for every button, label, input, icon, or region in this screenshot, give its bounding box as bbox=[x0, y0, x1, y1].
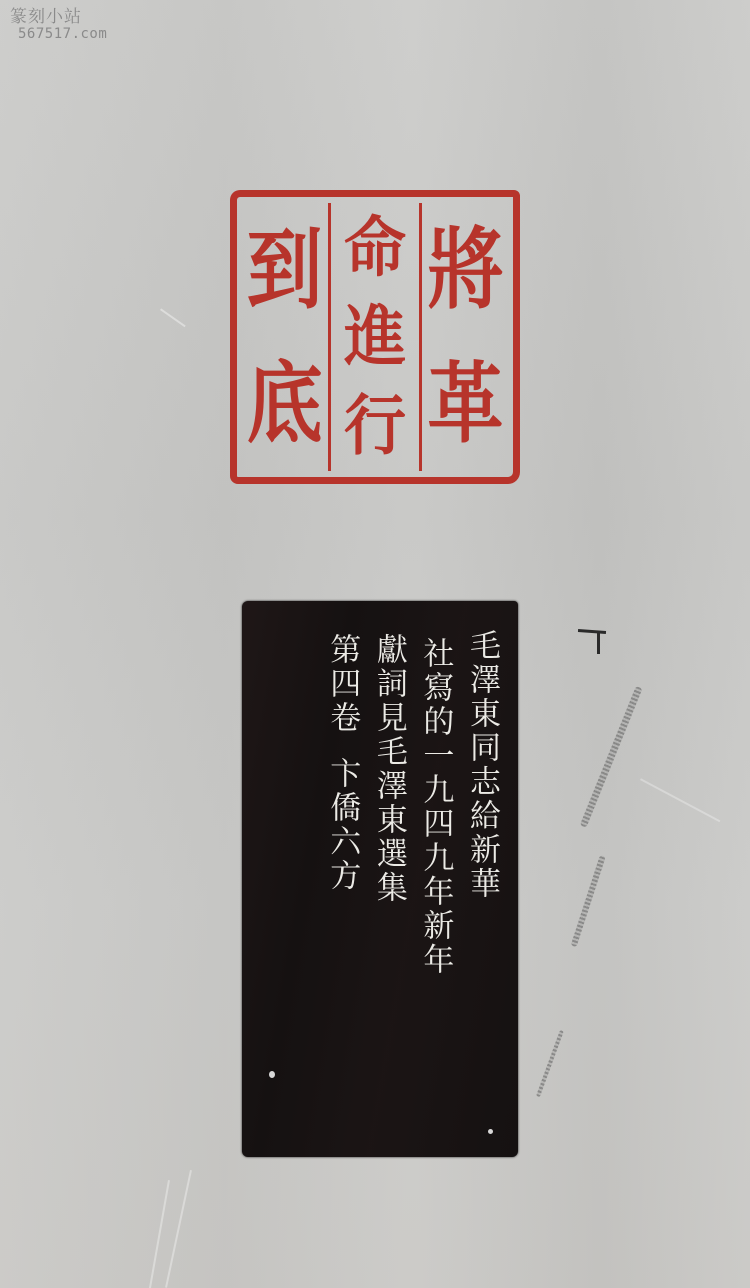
seal-column-2: 命 進 行 bbox=[328, 203, 418, 471]
inscription-column-2: 社寫的一九四九年新年 bbox=[417, 637, 454, 977]
seal-char: 行 bbox=[344, 394, 406, 459]
watermark-name: 篆刻小站 bbox=[10, 8, 107, 27]
seal-impression: 將 革 命 進 行 到 底 bbox=[230, 190, 520, 484]
inscription-column-4: 第四卷卞僑六方 bbox=[324, 633, 361, 977]
inscription-column-3: 獻詞見毛澤東選集 bbox=[370, 633, 407, 977]
seal-char: 將 bbox=[427, 226, 503, 313]
seal-char: 底 bbox=[247, 360, 323, 447]
rubbing-spot bbox=[269, 1071, 275, 1078]
inscription-signature: 卞僑六方 bbox=[324, 757, 360, 893]
seal-char: 革 bbox=[427, 360, 503, 447]
seal-char: 命 bbox=[344, 215, 406, 280]
inscription-column-1: 毛澤東同志給新華 bbox=[463, 629, 500, 977]
watermark: 篆刻小站 567517.com bbox=[10, 8, 107, 42]
seal-column-3: 到 底 bbox=[241, 203, 328, 471]
watermark-url: 567517.com bbox=[18, 27, 107, 42]
rubbing-spot bbox=[488, 1129, 493, 1134]
seal-column-1: 將 革 bbox=[419, 203, 509, 471]
inscription-volume: 第四卷 bbox=[324, 633, 360, 735]
inscription-rubbing: 毛澤東同志給新華 社寫的一九四九年新年 獻詞見毛澤東選集 第四卷卞僑六方 bbox=[242, 601, 518, 1157]
ink-mark bbox=[597, 632, 600, 654]
seal-char: 到 bbox=[247, 226, 323, 313]
inscription-text: 毛澤東同志給新華 社寫的一九四九年新年 獻詞見毛澤東選集 第四卷卞僑六方 bbox=[0, 629, 500, 977]
seal-char: 進 bbox=[344, 304, 406, 369]
